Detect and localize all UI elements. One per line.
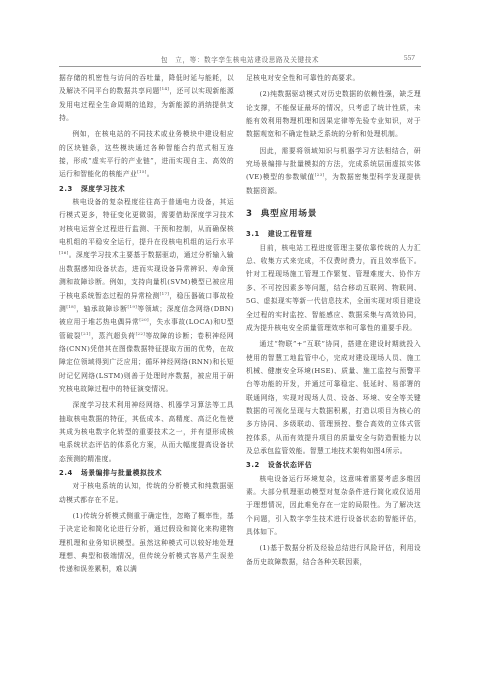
paragraph: 深度学习技术利用神经网络、机器学习算法等工具抽取核电数据的特征，其低成本、高精度… <box>59 399 234 466</box>
paragraph: 例如，在核电站的不同技术或业务模块中建设相应的区块链条，这些模块通过各种智能合约… <box>59 128 234 181</box>
section-heading-2-4: 2.4场景编排与批量模拟技术 <box>59 467 234 480</box>
paragraph: (1)基于数据分析及经验总结进行风险评估，利用设备历史故障数据，结合各种关联因素… <box>246 542 421 569</box>
paragraph: 足核电对安全性和可靠性的高要求。 <box>246 72 421 85</box>
paragraph: 因此，需要将领域知识与机器学习方法相结合，研究场景编排与批量模拟的方法，完成系统… <box>246 145 421 198</box>
citation[interactable]: [15] <box>137 169 147 174</box>
citation[interactable]: [20] <box>139 317 149 322</box>
citation[interactable]: [23] <box>315 172 325 177</box>
running-header: 包 立，等：数字孪生核电站建设思路及关键技术 557 <box>59 52 421 67</box>
right-column: 足核电对安全性和可靠性的高要求。 (2)纯数据驱动模式对历史数据的依赖性强，缺乏… <box>246 72 421 569</box>
running-title: 包 立，等：数字孪生核电站建设思路及关键技术 <box>59 54 421 64</box>
paragraph: 核电设备的复杂程度往往高于普通电力设备，其运行模式更多，特征变化更微弱，需要借助… <box>59 196 234 396</box>
citation[interactable]: [19] <box>128 304 138 309</box>
section-heading-3: 3典型应用场景 <box>246 208 421 221</box>
paragraph: 据存储的机密性与访问的吞吐量，降低时延与能耗，以及解决不同平台的数据共享问题[1… <box>59 72 234 125</box>
section-heading-3-2: 3.2设备状态评估 <box>246 459 421 472</box>
section-heading-2-3: 2.3深度学习技术 <box>59 183 234 196</box>
section-heading-3-1: 3.1建设工程管理 <box>246 228 421 241</box>
paragraph: 核电设备运行环境复杂，这意味着需要考虑多维因素。大部分机理驱动模型对复杂条件进行… <box>246 473 421 540</box>
paragraph: 目前，核电站工程进度管理主要依靠传统的人力汇总、收集方式来完成，不仅费时费力，而… <box>246 242 421 335</box>
paragraph: (1)传统分析模式侧重于确定性，忽略了概率性，基于决定论和简化论进行分析，通过假… <box>59 510 234 577</box>
citation[interactable]: [14] <box>160 86 170 91</box>
paragraph: 对于核电系统的认知，传统的分析模式和纯数据驱动模式都存在不足。 <box>59 480 234 507</box>
citation[interactable]: [18] <box>66 304 76 309</box>
paragraph: 通过“物联”+“互联”协同，搭建在建设时期就投入使用的智慧工地监管中心，完成对建… <box>246 338 421 458</box>
citation[interactable]: [17] <box>160 291 170 296</box>
left-column: 据存储的机密性与访问的吞吐量，降低时延与能耗，以及解决不同平台的数据共享问题[1… <box>59 72 234 577</box>
citation[interactable]: [21] <box>81 331 91 336</box>
citation[interactable]: [16] <box>59 250 69 255</box>
page-number: 557 <box>404 53 415 62</box>
paragraph: (2)纯数据驱动模式对历史数据的依赖性强，缺乏理论支撑，不能保证最坏的情况，只考… <box>246 88 421 141</box>
citation[interactable]: [22] <box>136 331 146 336</box>
